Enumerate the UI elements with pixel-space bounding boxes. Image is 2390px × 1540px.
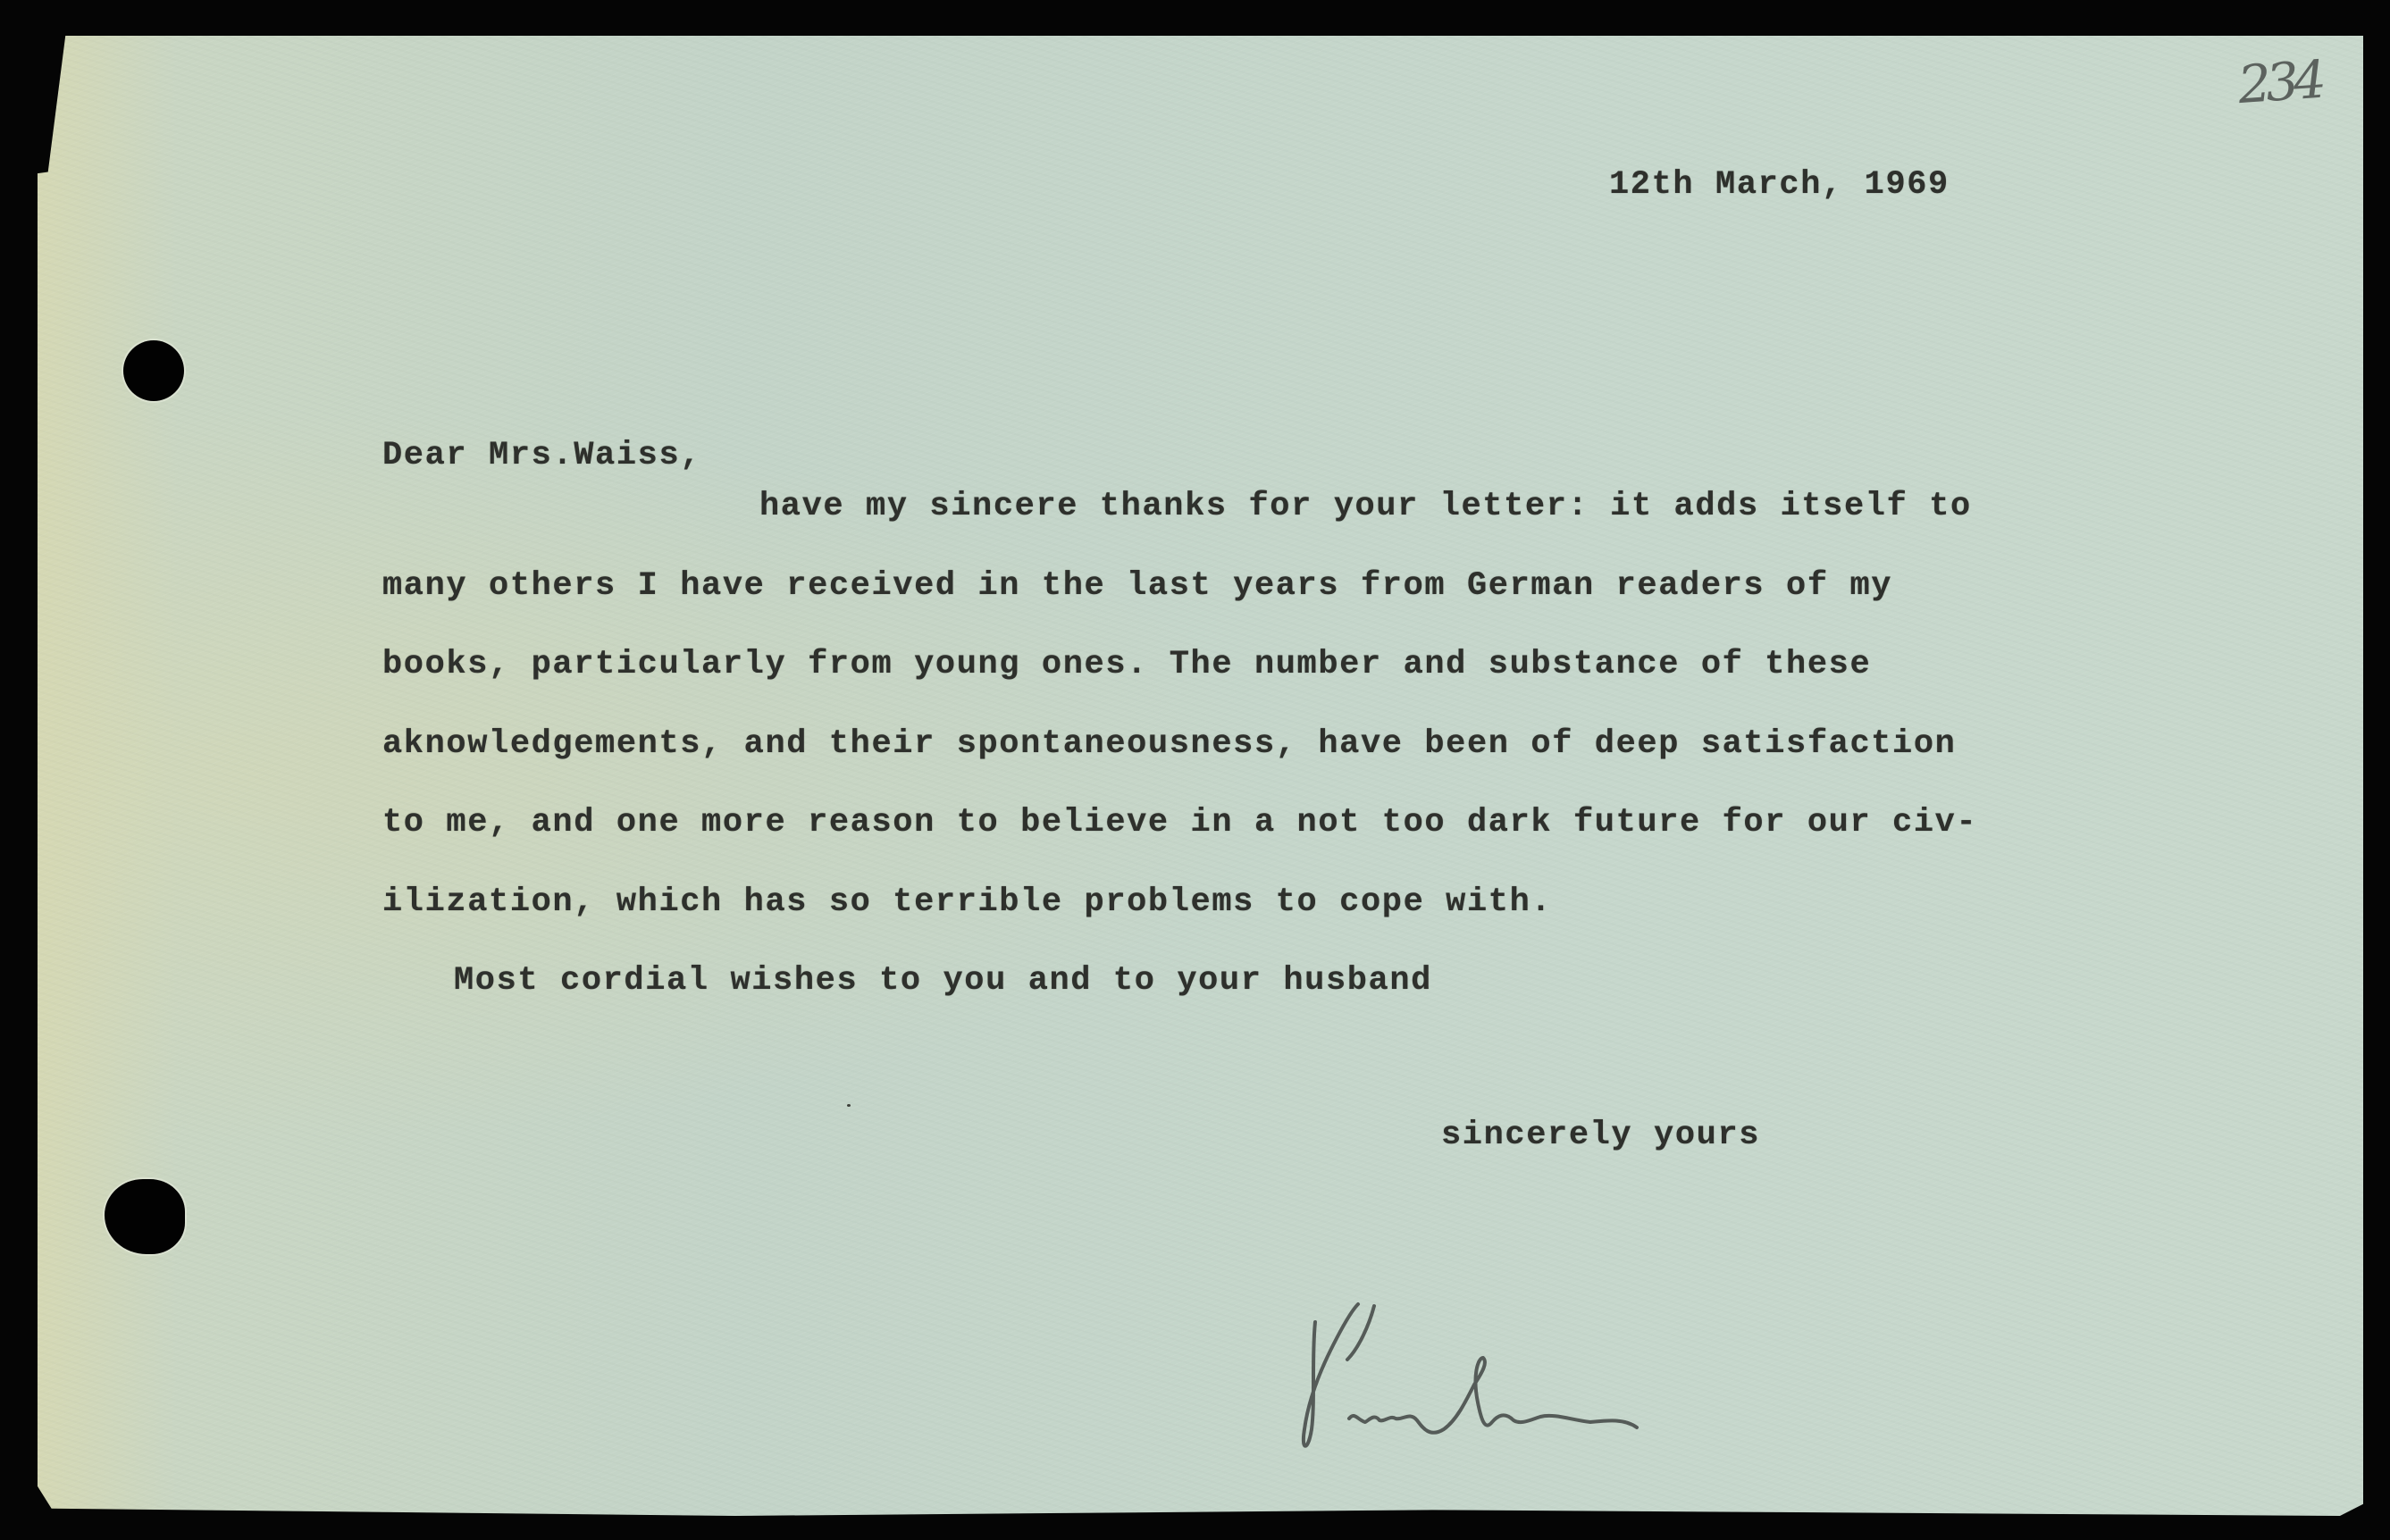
letter-date: 12th March, 1969 bbox=[1609, 166, 1950, 204]
salutation: Dear Mrs.Waiss, bbox=[382, 437, 701, 474]
body-line-2: many others I have received in the last … bbox=[382, 567, 1892, 605]
letter-paper bbox=[38, 36, 2363, 1516]
scanned-document: 234 12th March, 1969 Dear Mrs.Waiss, hav… bbox=[0, 0, 2390, 1540]
body-line-4: aknowledgements, and their spontaneousne… bbox=[382, 725, 1956, 763]
closing: sincerely yours bbox=[1441, 1117, 1760, 1154]
body-line-1: have my sincere thanks for your letter: … bbox=[759, 488, 1972, 525]
ink-speck bbox=[847, 1104, 851, 1107]
punch-hole-bottom bbox=[105, 1179, 185, 1254]
body-line-6: ilization, which has so terrible problem… bbox=[382, 883, 1552, 921]
body-line-3: books, particularly from young ones. The… bbox=[382, 646, 1871, 683]
body-line-5: to me, and one more reason to believe in… bbox=[382, 804, 1977, 841]
body-line-7: Most cordial wishes to you and to your h… bbox=[454, 962, 1432, 1000]
punch-hole-top bbox=[123, 340, 184, 401]
signature bbox=[1269, 1286, 1644, 1465]
folio-number: 234 bbox=[2236, 49, 2323, 115]
